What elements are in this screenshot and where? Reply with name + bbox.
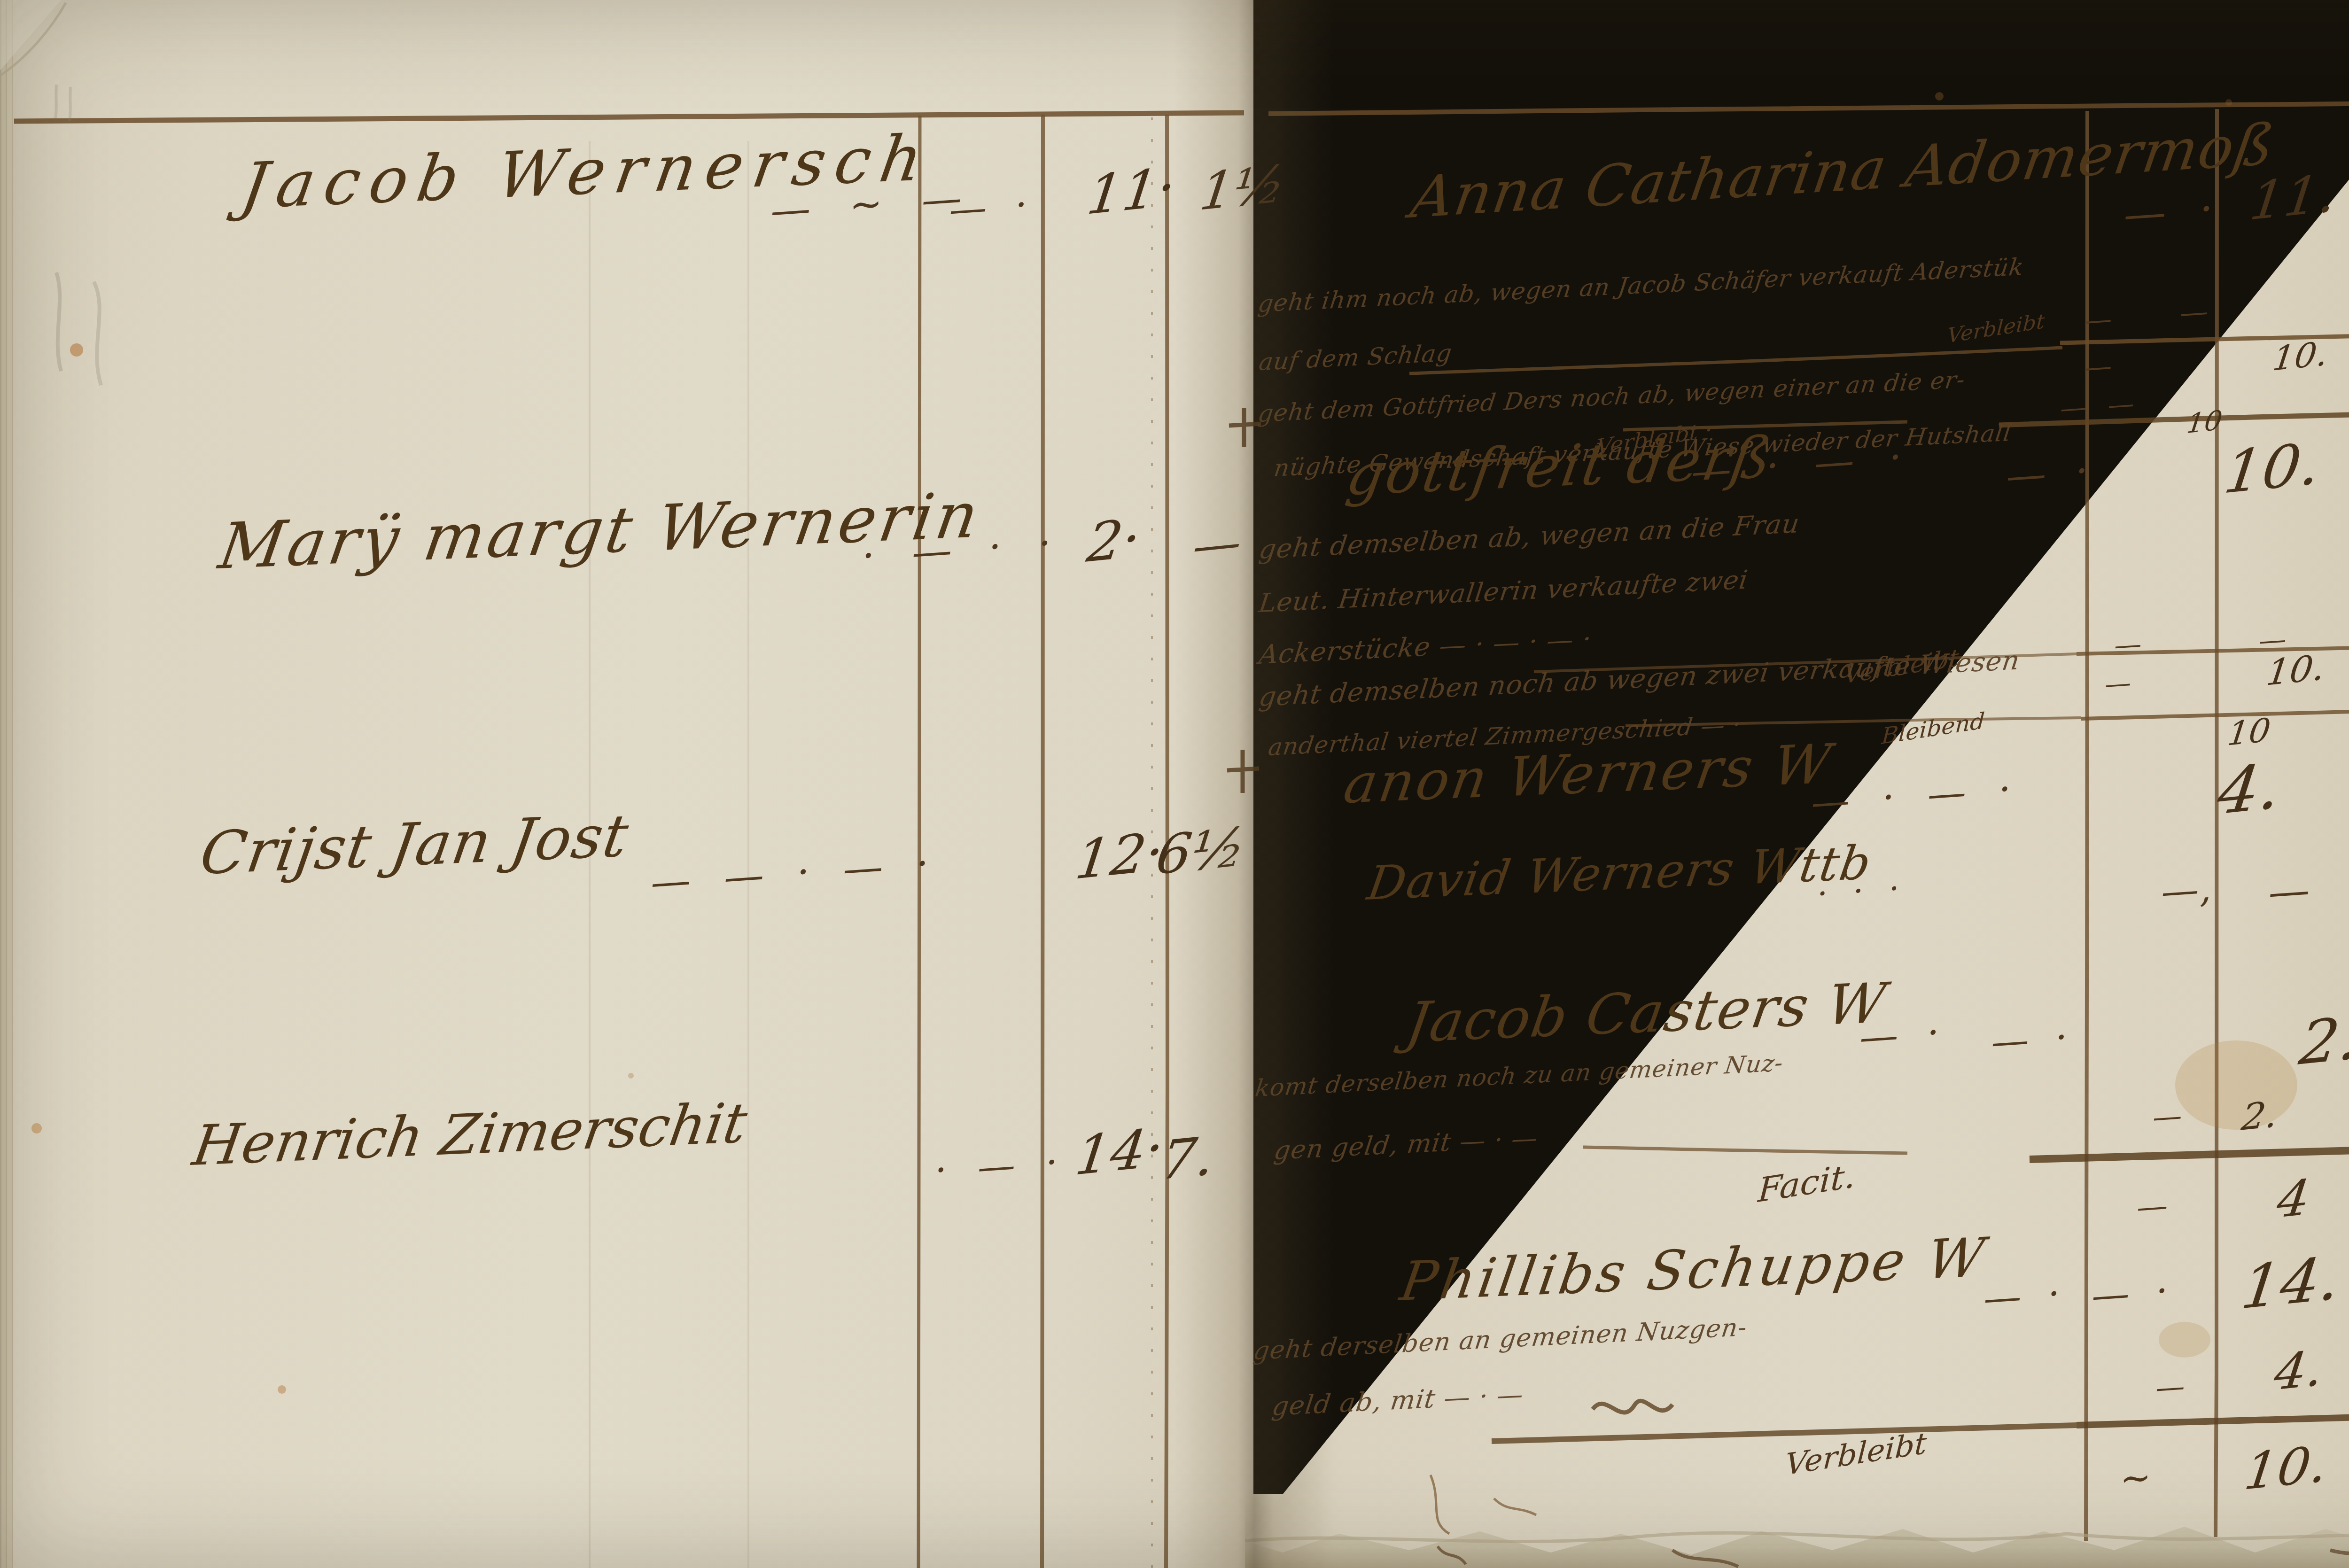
entry-dashes: — ·	[1858, 1009, 1949, 1060]
value-col2: 2·	[1084, 507, 1144, 575]
value-col2: 11·	[1084, 155, 1179, 227]
value-col1: —	[2135, 1187, 2169, 1225]
value-col3: —	[1190, 514, 1245, 574]
value-col3: 7.	[1158, 1125, 1218, 1193]
entry-dashes: — ·	[2005, 447, 2098, 500]
value-col2: —	[2179, 295, 2209, 330]
value-col2: 2.	[2239, 1093, 2280, 1139]
verbleibt-label: Verbleibt	[1947, 310, 2046, 348]
entry-dashes: · — ·	[933, 1139, 1069, 1192]
ledger-note: gen geld, mit — · —	[1272, 1123, 1540, 1165]
value-col2: 10	[2225, 711, 2273, 753]
ledger-note: geht demselben ab, wegen an die Frau	[1257, 508, 1802, 565]
value-col2: 11.	[2247, 163, 2340, 233]
entry-dashes: — ·	[2122, 183, 2225, 240]
value-col1: — —	[2059, 388, 2142, 424]
value-col2: 4.	[2271, 1340, 2326, 1402]
value-col1: —,	[2160, 867, 2212, 914]
value-col3: 6½	[1153, 815, 1249, 887]
value-col2: 10	[2185, 404, 2225, 439]
value-col1: —	[2083, 349, 2113, 384]
value-col2: 10.	[2241, 1435, 2331, 1501]
value-col1: —	[2154, 1369, 2186, 1405]
value-col3: 1½	[1197, 154, 1289, 222]
value-col2: 10.	[2271, 334, 2330, 379]
value-col1: —	[2083, 303, 2113, 337]
value-col2: 14·	[1072, 1116, 1167, 1188]
value-col1: ~	[2118, 1455, 2153, 1500]
value-col2: 14.	[2238, 1243, 2344, 1323]
value-col1: —	[2151, 1098, 2183, 1134]
ledger-note: Leut. Hinterwallerin verkaufte zwei	[1257, 565, 1750, 618]
entry-dashes: · · ·	[1816, 869, 1908, 913]
value-col1: — ·	[948, 182, 1037, 232]
ledger-note: Ackerstücke — · — · — ·	[1257, 624, 1594, 670]
ledger-scan: { "document": {"kind": "handwritten doub…	[0, 0, 2349, 1568]
value-col1: —	[2104, 668, 2132, 700]
entry-dashes: — ·	[1990, 1015, 2077, 1064]
ledger-note: geht ihm noch ab, wegen an Jacob Schäfer…	[1256, 253, 2025, 318]
entry-dashes: — ·	[1982, 1271, 2069, 1320]
value-col1: —	[2113, 628, 2143, 661]
ledger-note: geht dem Gottfried Ders noch ab, wegen e…	[1256, 366, 1967, 427]
value-col2: 4.	[2214, 749, 2285, 829]
left-page	[13, 0, 1253, 1568]
value-col2: 10.	[2264, 646, 2327, 694]
value-col2: 10.	[2220, 430, 2324, 507]
value-col2: —	[2266, 865, 2311, 916]
value-col2: 2.	[2296, 1003, 2349, 1079]
entry-dashes: — ·	[2090, 1268, 2177, 1318]
ledger-note: auf dem Schlag	[1257, 339, 1454, 376]
